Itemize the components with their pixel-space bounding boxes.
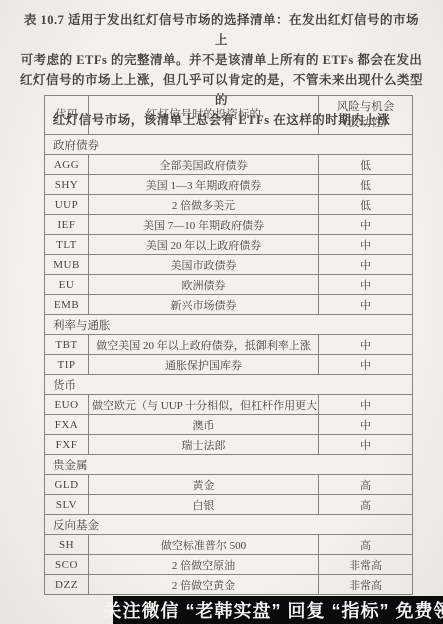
etf-risk: 中	[319, 355, 413, 375]
table-row: EMB 新兴市场债券 中	[45, 295, 413, 315]
table-row: SHY 美国 1—3 年期政府债券 低	[45, 175, 413, 195]
etf-selection-table: 代码 红灯信号时的投资标的 风险与机会 （波动性） 政府债券 AGG 全部美国政…	[44, 95, 413, 595]
section-label: 货币	[45, 375, 413, 395]
etf-code: EMB	[45, 295, 89, 315]
table-row: MUB 美国市政债券 中	[45, 255, 413, 275]
table-row: TBT 做空美国 20 年以上政府债券，抵御利率上涨 中	[45, 335, 413, 355]
table-row: GLD 黄金 高	[45, 475, 413, 495]
etf-risk: 中	[319, 415, 413, 435]
table-row: EUO 做空欧元（与 UUP 十分相似，但杠杆作用更大） 中	[45, 395, 413, 415]
etf-risk: 低	[319, 195, 413, 215]
caption-line: 可考虑的 ETFs 的完整清单。并不是该清单上所有的 ETFs 都会在发出	[20, 50, 423, 70]
etf-target: 美国 1—3 年期政府债券	[89, 175, 319, 195]
table-row: AGG 全部美国政府债券 低	[45, 155, 413, 175]
etf-target: 2 倍做空原油	[89, 555, 319, 575]
etf-risk: 中	[319, 335, 413, 355]
section-row: 贵金属	[45, 455, 413, 475]
section-label: 贵金属	[45, 455, 413, 475]
table-row: DZZ 2 倍做空黄金 非常高	[45, 575, 413, 595]
etf-risk: 中	[319, 215, 413, 235]
table-row: FXA 澳币 中	[45, 415, 413, 435]
etf-target: 做空美国 20 年以上政府债券，抵御利率上涨	[89, 335, 319, 355]
col-header-risk-line2: （波动性）	[322, 115, 409, 131]
table-row: UUP 2 倍做多美元 低	[45, 195, 413, 215]
scanned-book-page: 表 10.7 适用于发出红灯信号市场的选择清单：在发出红灯信号的市场上 可考虑的…	[0, 0, 443, 624]
section-row: 反向基金	[45, 515, 413, 535]
etf-risk: 低	[319, 155, 413, 175]
etf-code: TIP	[45, 355, 89, 375]
etf-target: 做空欧元（与 UUP 十分相似，但杠杆作用更大）	[89, 395, 319, 415]
table-row: SCO 2 倍做空原油 非常高	[45, 555, 413, 575]
section-row: 货币	[45, 375, 413, 395]
etf-target: 澳币	[89, 415, 319, 435]
etf-code: MUB	[45, 255, 89, 275]
etf-target: 白银	[89, 495, 319, 515]
caption-line: 表 10.7 适用于发出红灯信号市场的选择清单：在发出红灯信号的市场上	[20, 10, 423, 50]
etf-risk: 中	[319, 275, 413, 295]
etf-risk: 高	[319, 475, 413, 495]
etf-code: EU	[45, 275, 89, 295]
etf-risk: 低	[319, 175, 413, 195]
table-row: TLT 美国 20 年以上政府债券 中	[45, 235, 413, 255]
table-row: IEF 美国 7—10 年期政府债券 中	[45, 215, 413, 235]
col-header-code: 代码	[45, 96, 89, 135]
etf-risk: 非常高	[319, 575, 413, 595]
table-row: FXF 瑞士法郎 中	[45, 435, 413, 455]
etf-code: GLD	[45, 475, 89, 495]
etf-target: 瑞士法郎	[89, 435, 319, 455]
etf-target: 新兴市场债券	[89, 295, 319, 315]
wechat-promo-banner: 关注微信 “老韩实盘” 回复 “指标” 免费领	[113, 596, 443, 624]
etf-risk: 中	[319, 235, 413, 255]
etf-risk: 高	[319, 495, 413, 515]
etf-code: FXA	[45, 415, 89, 435]
etf-target: 美国市政债券	[89, 255, 319, 275]
etf-risk: 中	[319, 395, 413, 415]
section-row: 政府债券	[45, 135, 413, 155]
table-row: TIP 通胀保护国库券 中	[45, 355, 413, 375]
table-row: EU 欧洲债券 中	[45, 275, 413, 295]
etf-code: FXF	[45, 435, 89, 455]
table-row: SLV 白银 高	[45, 495, 413, 515]
etf-target: 欧洲债券	[89, 275, 319, 295]
etf-code: TBT	[45, 335, 89, 355]
etf-risk: 高	[319, 535, 413, 555]
etf-code: SCO	[45, 555, 89, 575]
etf-code: UUP	[45, 195, 89, 215]
section-label: 反向基金	[45, 515, 413, 535]
etf-target: 美国 20 年以上政府债券	[89, 235, 319, 255]
wechat-promo-text: 关注微信 “老韩实盘” 回复 “指标” 免费领	[104, 597, 443, 623]
etf-target: 做空标准普尔 500	[89, 535, 319, 555]
col-header-risk: 风险与机会 （波动性）	[319, 96, 413, 135]
etf-code: SH	[45, 535, 89, 555]
etf-code: SHY	[45, 175, 89, 195]
etf-target: 2 倍做多美元	[89, 195, 319, 215]
header-row: 代码 红灯信号时的投资标的 风险与机会 （波动性）	[45, 96, 413, 135]
col-header-risk-line1: 风险与机会	[322, 99, 409, 115]
etf-target: 美国 7—10 年期政府债券	[89, 215, 319, 235]
etf-target: 黄金	[89, 475, 319, 495]
etf-code: DZZ	[45, 575, 89, 595]
etf-risk: 中	[319, 255, 413, 275]
etf-target: 全部美国政府债券	[89, 155, 319, 175]
table-row: SH 做空标准普尔 500 高	[45, 535, 413, 555]
etf-code: TLT	[45, 235, 89, 255]
etf-code: AGG	[45, 155, 89, 175]
etf-risk: 非常高	[319, 555, 413, 575]
etf-code: IEF	[45, 215, 89, 235]
section-label: 政府债券	[45, 135, 413, 155]
etf-target: 通胀保护国库券	[89, 355, 319, 375]
etf-code: SLV	[45, 495, 89, 515]
col-header-target: 红灯信号时的投资标的	[89, 96, 319, 135]
etf-risk: 中	[319, 435, 413, 455]
etf-risk: 中	[319, 295, 413, 315]
section-row: 利率与通胀	[45, 315, 413, 335]
etf-code: EUO	[45, 395, 89, 415]
etf-target: 2 倍做空黄金	[89, 575, 319, 595]
section-label: 利率与通胀	[45, 315, 413, 335]
